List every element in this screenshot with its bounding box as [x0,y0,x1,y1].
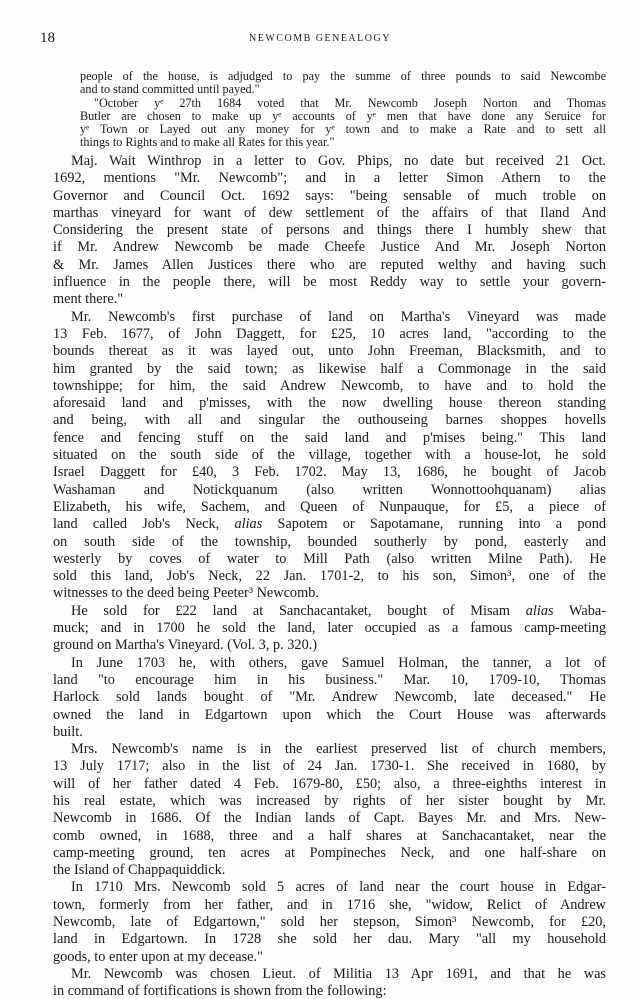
quote-line: and to stand committed until payed." [80,83,606,96]
text-line: influence in the people there, will be m… [53,274,606,291]
text-line: Considering the present state of persons… [53,222,606,239]
text-line: Maj. Wait Winthrop in a letter to Gov. P… [53,153,606,170]
text-line: built. [53,724,606,741]
text-line: 13 July 1717; also in the list of 24 Jan… [53,758,606,775]
text-line: Elizabeth, his wife, Sachem, and Queen o… [53,499,606,516]
text-line: witnesses to the deed being Peeter³ Newc… [53,585,606,602]
text-line: land called Job's Neck, alias Sapotem or… [53,516,606,533]
text-line: Mrs. Newcomb's name is in the earliest p… [53,741,606,758]
quote-line: things to Rights and to make all Rates f… [80,136,606,149]
text-line: Newcomb, late of Edgartown," sold her st… [53,914,606,931]
text-line: He sold for £22 land at Sanchacantaket, … [53,603,606,620]
text-line: and being, with all and singular the out… [53,412,606,429]
text-line: his real estate, which was increased by … [53,793,606,810]
paragraph-first-purchase: Mr. Newcomb's first purchase of land on … [53,309,606,603]
text-line: Harlock sold lands bought of "Mr. Andrew… [53,689,606,706]
paragraph-mrs-newcomb-sales: In 1710 Mrs. Newcomb sold 5 acres of lan… [53,879,606,965]
text-line: Israel Daggett for £40, 3 Feb. 1702. May… [53,464,606,481]
text-line: In June 1703 he, with others, gave Samue… [53,655,606,672]
paragraph-mrs-newcomb-church: Mrs. Newcomb's name is in the earliest p… [53,741,606,879]
text-line: town, formerly from her father, and in 1… [53,897,606,914]
text-line: westerly by coves of water to Mill Path … [53,551,606,568]
text-line: on south side of the township, bounded s… [53,534,606,551]
text-line: In 1710 Mrs. Newcomb sold 5 acres of lan… [53,879,606,896]
text-line: bounds thereat as it was layed out, unto… [53,343,606,360]
paragraph-militia: Mr. Newcomb was chosen Lieut. of Militia… [53,966,606,999]
quote-line: people of the house, is adjudged to pay … [80,70,606,83]
text-line: Mr. Newcomb's first purchase of land on … [53,309,606,326]
text-line: situated on the south side of the villag… [53,447,606,464]
text-line: 13 Feb. 1677, of John Daggett, for £25, … [53,326,606,343]
text-line: Newcomb in 1686. Of the Indian lands of … [53,810,606,827]
text-line: fence and fencing stuff on the said land… [53,430,606,447]
text-line: marthas vineyard for want of dew settlem… [53,205,606,222]
quoted-record-block: people of the house, is adjudged to pay … [80,70,606,150]
text-line: if Mr. Andrew Newcomb be made Cheefe Jus… [53,239,606,256]
paragraph-sanchacantaket: He sold for £22 land at Sanchacantaket, … [53,603,606,655]
body-text: Maj. Wait Winthrop in a letter to Gov. P… [53,153,606,999]
quote-line: Butler are chosen to make up yᵉ accounts… [80,110,606,123]
text-line: him granted by the said town; as likewis… [53,361,606,378]
text-line: Governor and Council Oct. 1692 says: "be… [53,188,606,205]
text-line: Washaman and Notickquanum (also written … [53,482,606,499]
text-line: in command of fortifications is shown fr… [53,983,606,999]
text-line: aforesaid land and p'misses, with the no… [53,395,606,412]
quote-line: yᵉ Town or Layed out any money for yᵉ to… [80,123,606,136]
running-title: NEWCOMB GENEALOGY [0,33,640,44]
text-line: camp-meeting ground, ten acres at Pompin… [53,845,606,862]
text-line: land "to encourage him in his business."… [53,672,606,689]
text-line: will of her father dated 4 Feb. 1679-80,… [53,776,606,793]
text-line: townshippe; for him, the said Andrew New… [53,378,606,395]
document-page: 18 NEWCOMB GENEALOGY people of the house… [0,0,640,999]
text-line: ground on Martha's Vineyard. (Vol. 3, p.… [53,637,606,654]
text-line: comb owned, in 1688, three and a half sh… [53,828,606,845]
text-line: Mr. Newcomb was chosen Lieut. of Militia… [53,966,606,983]
text-line: sold this land, Job's Neck, 22 Jan. 1701… [53,568,606,585]
paragraph-holman: In June 1703 he, with others, gave Samue… [53,655,606,741]
text-line: & Mr. James Allen Justices there who are… [53,257,606,274]
text-line: the Island of Chappaquiddick. [53,862,606,879]
text-line: 1692, mentions "Mr. Newcomb"; and in a l… [53,170,606,187]
paragraph-winthrop-letter: Maj. Wait Winthrop in a letter to Gov. P… [53,153,606,309]
text-line: goods, to enter upon at my decease." [53,949,606,966]
text-line: land in Edgartown. In 1728 she sold her … [53,931,606,948]
quote-line: "October yᵉ 27th 1684 voted that Mr. New… [80,97,606,110]
text-line: muck; and in 1700 he sold the land, late… [53,620,606,637]
text-line: ment there." [53,291,606,308]
text-line: owned the land in Edgartown upon which t… [53,707,606,724]
